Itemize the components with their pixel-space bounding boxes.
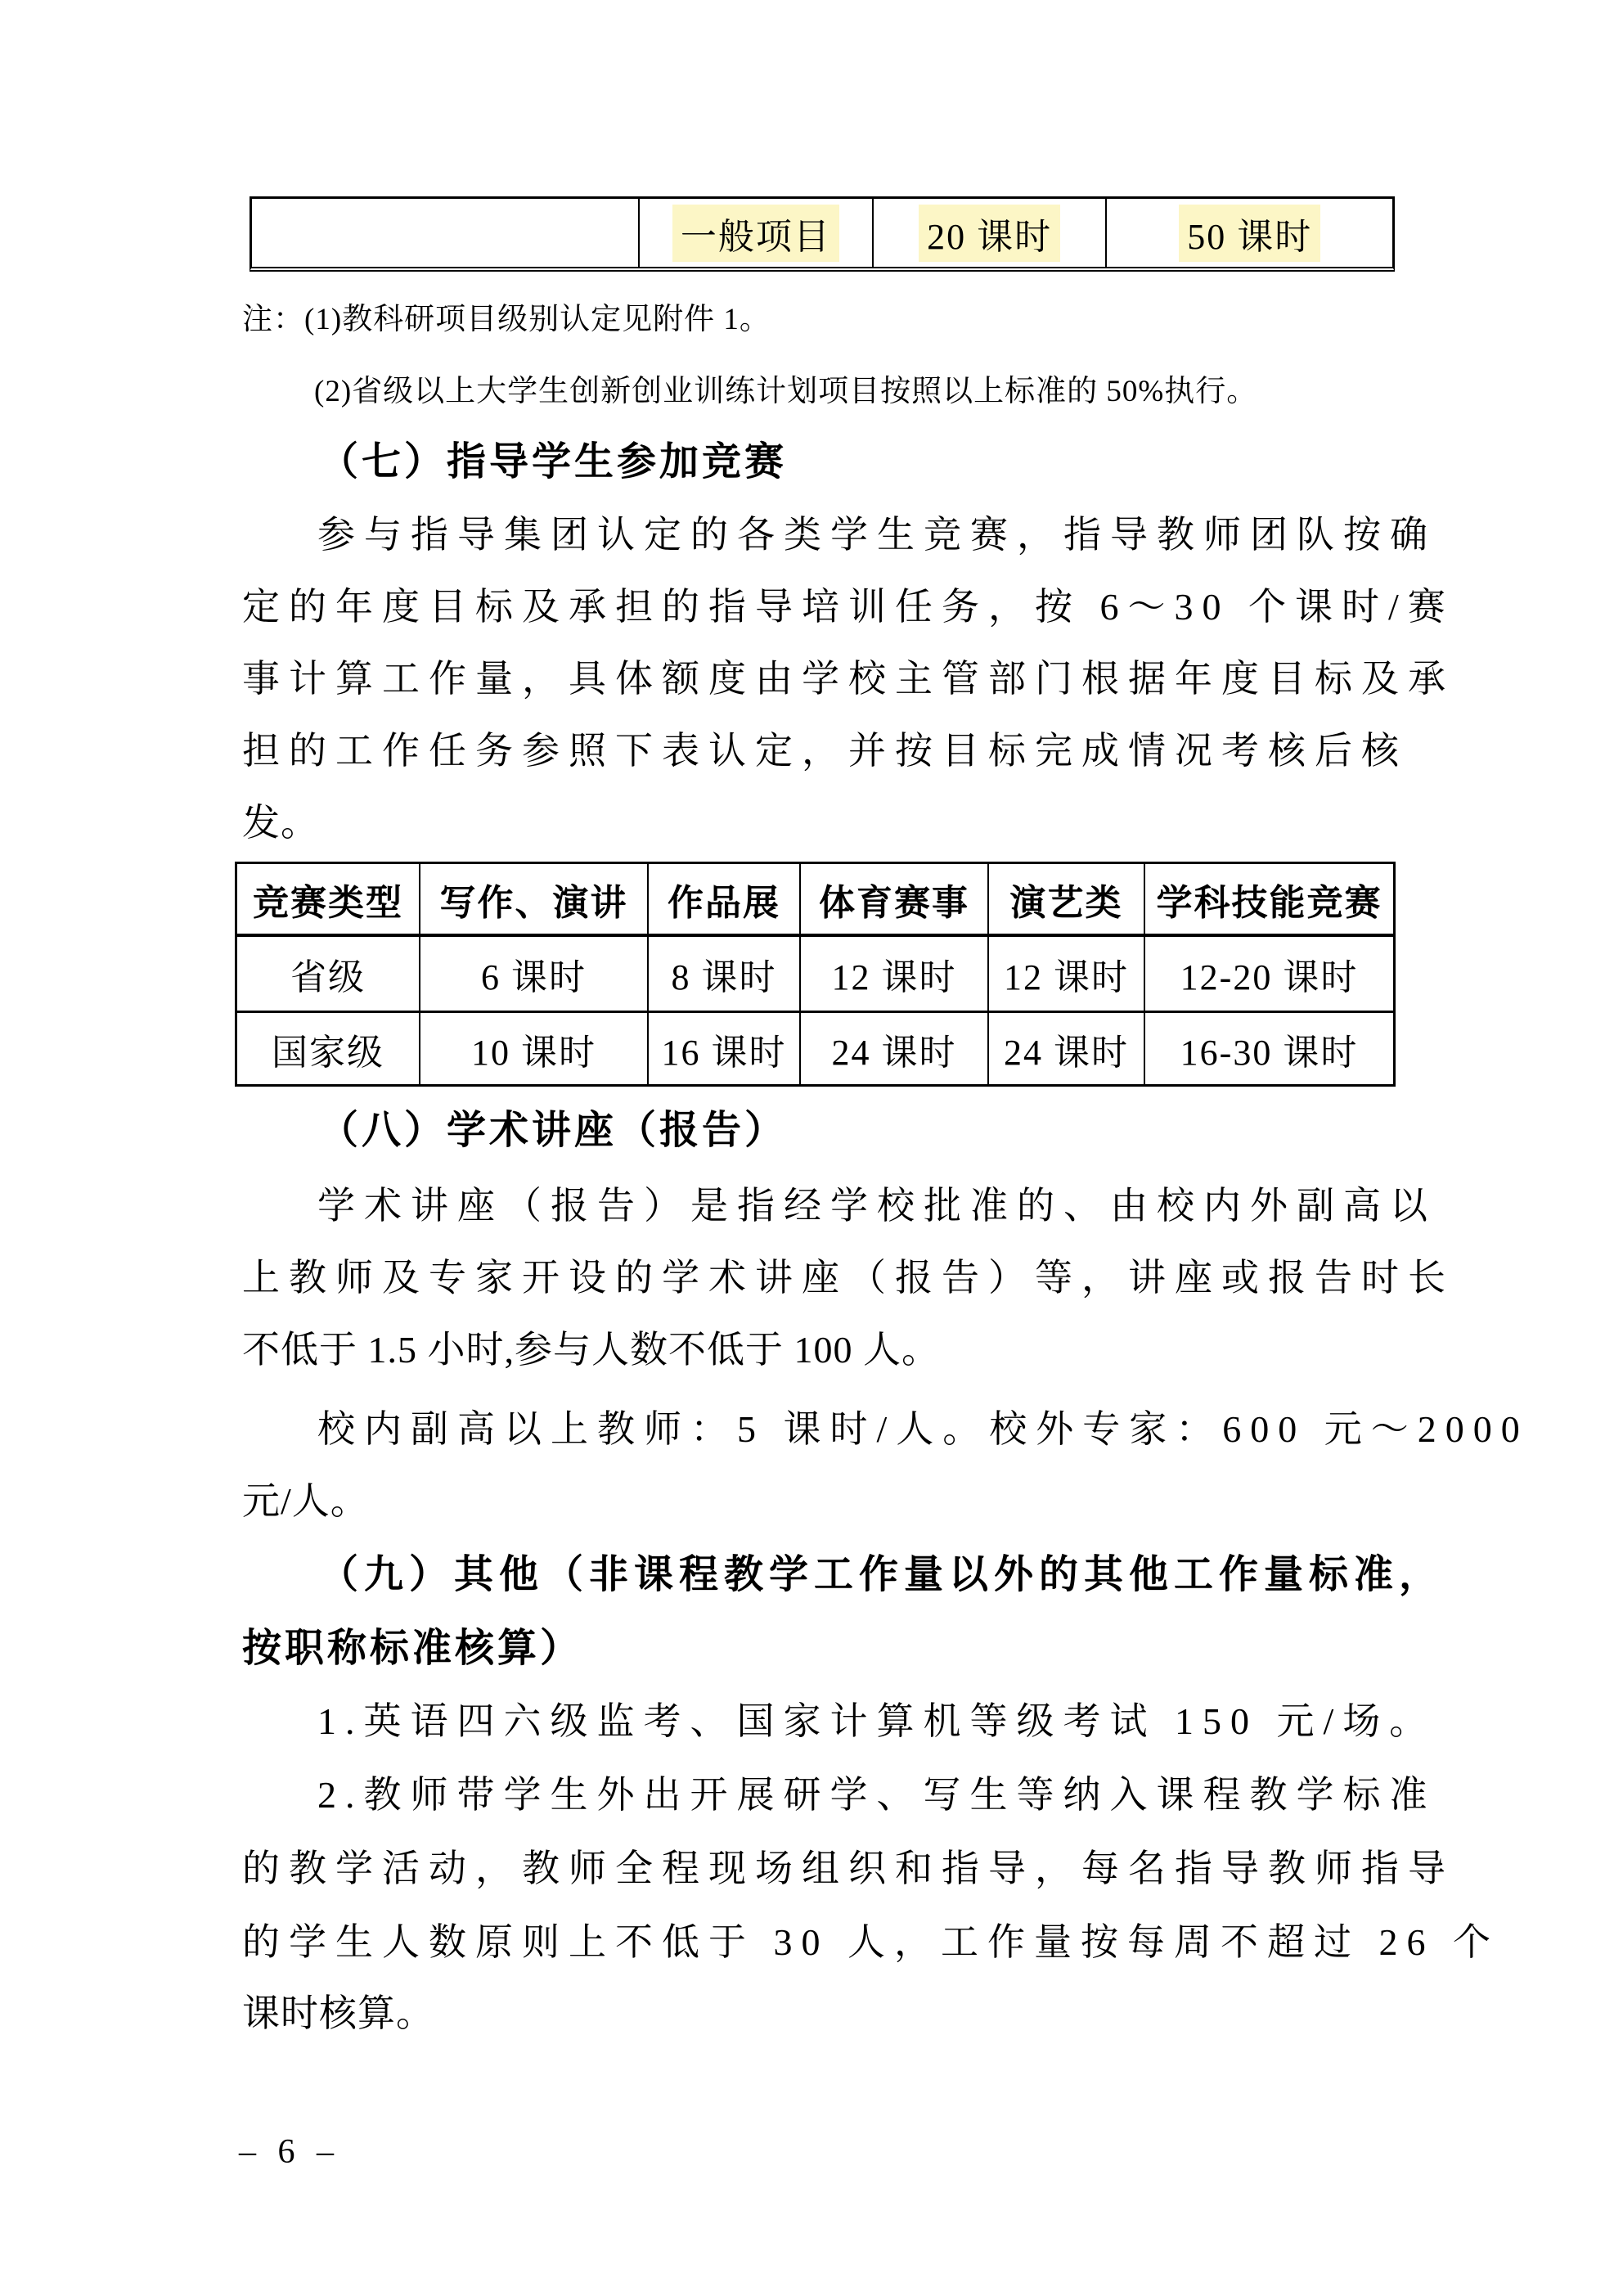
page-number: – 6 – — [239, 2132, 340, 2172]
column-header: 作品展 — [649, 864, 801, 934]
paragraph-line: 校内副高以上教师：5 课时/人。校外专家：600 元～2000 — [317, 1407, 1529, 1452]
table-cell: 国家级 — [237, 1013, 420, 1084]
table-cell: 16-30 课时 — [1145, 1013, 1393, 1084]
competition-table-header-row: 竞赛类型 写作、演讲 作品展 体育赛事 演艺类 学科技能竞赛 — [237, 864, 1393, 937]
section-7-heading: （七）指导学生参加竞赛 — [319, 439, 787, 486]
paragraph-line: 参与指导集团认定的各类学生竞赛，指导教师团队按确 — [317, 512, 1436, 557]
table-row-national: 国家级 10 课时 16 课时 24 课时 24 课时 16-30 课时 — [237, 1013, 1393, 1084]
table-cell: 24 课时 — [989, 1013, 1145, 1084]
section-9-heading-line-1: （九）其他（非课程教学工作量以外的其他工作量标准， — [319, 1551, 1444, 1599]
table-cell: 8 课时 — [649, 937, 801, 1011]
paragraph-line: 元/人。 — [242, 1479, 369, 1524]
table-cell: 12 课时 — [801, 937, 989, 1011]
highlighted-text: 50 课时 — [1179, 205, 1320, 262]
table-row-provincial: 省级 6 课时 8 课时 12 课时 12 课时 12-20 课时 — [237, 937, 1393, 1013]
note-line-1: 注：(1)教科研项目级别认定见附件 1。 — [242, 302, 771, 338]
paragraph-line: 事计算工作量，具体额度由学校主管部门根据年度目标及承 — [242, 656, 1454, 701]
paragraph-line: 发。 — [242, 800, 319, 845]
section-8-heading: （八）学术讲座（报告） — [319, 1107, 787, 1155]
paragraph-line: 不低于 1.5 小时,参与人数不低于 100 人。 — [242, 1327, 940, 1372]
list-item-2-line: 的教学活动，教师全程现场组织和指导，每名指导教师指导 — [242, 1846, 1454, 1891]
list-item-2-line: 课时核算。 — [242, 1991, 434, 2036]
table-cell-hours-1: 20 课时 — [874, 199, 1108, 267]
column-header: 体育赛事 — [801, 864, 989, 934]
list-item-2-line: 2.教师带学生外出开展研学、写生等纳入课程教学标准 — [317, 1772, 1436, 1817]
table-cell: 省级 — [237, 937, 420, 1011]
column-header: 竞赛类型 — [237, 864, 420, 934]
highlighted-text: 20 课时 — [919, 205, 1060, 262]
paragraph-line: 上教师及专家开设的学术讲座（报告）等，讲座或报告时长 — [242, 1255, 1454, 1300]
note-line-2: (2)省级以上大学生创新创业训练计划项目按照以上标准的 50%执行。 — [314, 374, 1257, 410]
column-header: 演艺类 — [989, 864, 1145, 934]
table-cell-hours-2: 50 课时 — [1107, 199, 1392, 267]
competition-table: 竞赛类型 写作、演讲 作品展 体育赛事 演艺类 学科技能竞赛 省级 6 课时 8… — [235, 862, 1396, 1087]
table-cell: 24 课时 — [801, 1013, 989, 1084]
table-cell: 12-20 课时 — [1145, 937, 1393, 1011]
column-header: 学科技能竞赛 — [1145, 864, 1393, 934]
table-cell: 12 课时 — [989, 937, 1145, 1011]
list-item-2-line: 的学生人数原则上不低于 30 人，工作量按每周不超过 26 个 — [242, 1920, 1499, 1965]
project-workload-table-fragment: 一般项目 20 课时 50 课时 — [250, 196, 1395, 272]
paragraph-line: 学术讲座（报告）是指经学校批准的、由校内外副高以 — [317, 1183, 1436, 1228]
highlighted-text: 一般项目 — [672, 205, 839, 262]
table-cell: 16 课时 — [649, 1013, 801, 1084]
section-9-heading-line-2: 按职称标准核算） — [242, 1625, 582, 1672]
table-cell-empty — [252, 199, 640, 267]
document-page: 一般项目 20 课时 50 课时 注：(1)教科研项目级别认定见附件 1。 (2… — [0, 0, 1623, 2296]
table-cell: 6 课时 — [420, 937, 649, 1011]
paragraph-line: 定的年度目标及承担的指导培训任务，按 6～30 个课时/赛 — [242, 584, 1454, 629]
column-header: 写作、演讲 — [420, 864, 649, 934]
table-cell: 10 课时 — [420, 1013, 649, 1084]
paragraph-line: 担的工作任务参照下表认定，并按目标完成情况考核后核 — [242, 728, 1408, 773]
table-cell-project-level: 一般项目 — [640, 199, 874, 267]
list-item-1: 1.英语四六级监考、国家计算机等级考试 150 元/场。 — [317, 1699, 1436, 1744]
